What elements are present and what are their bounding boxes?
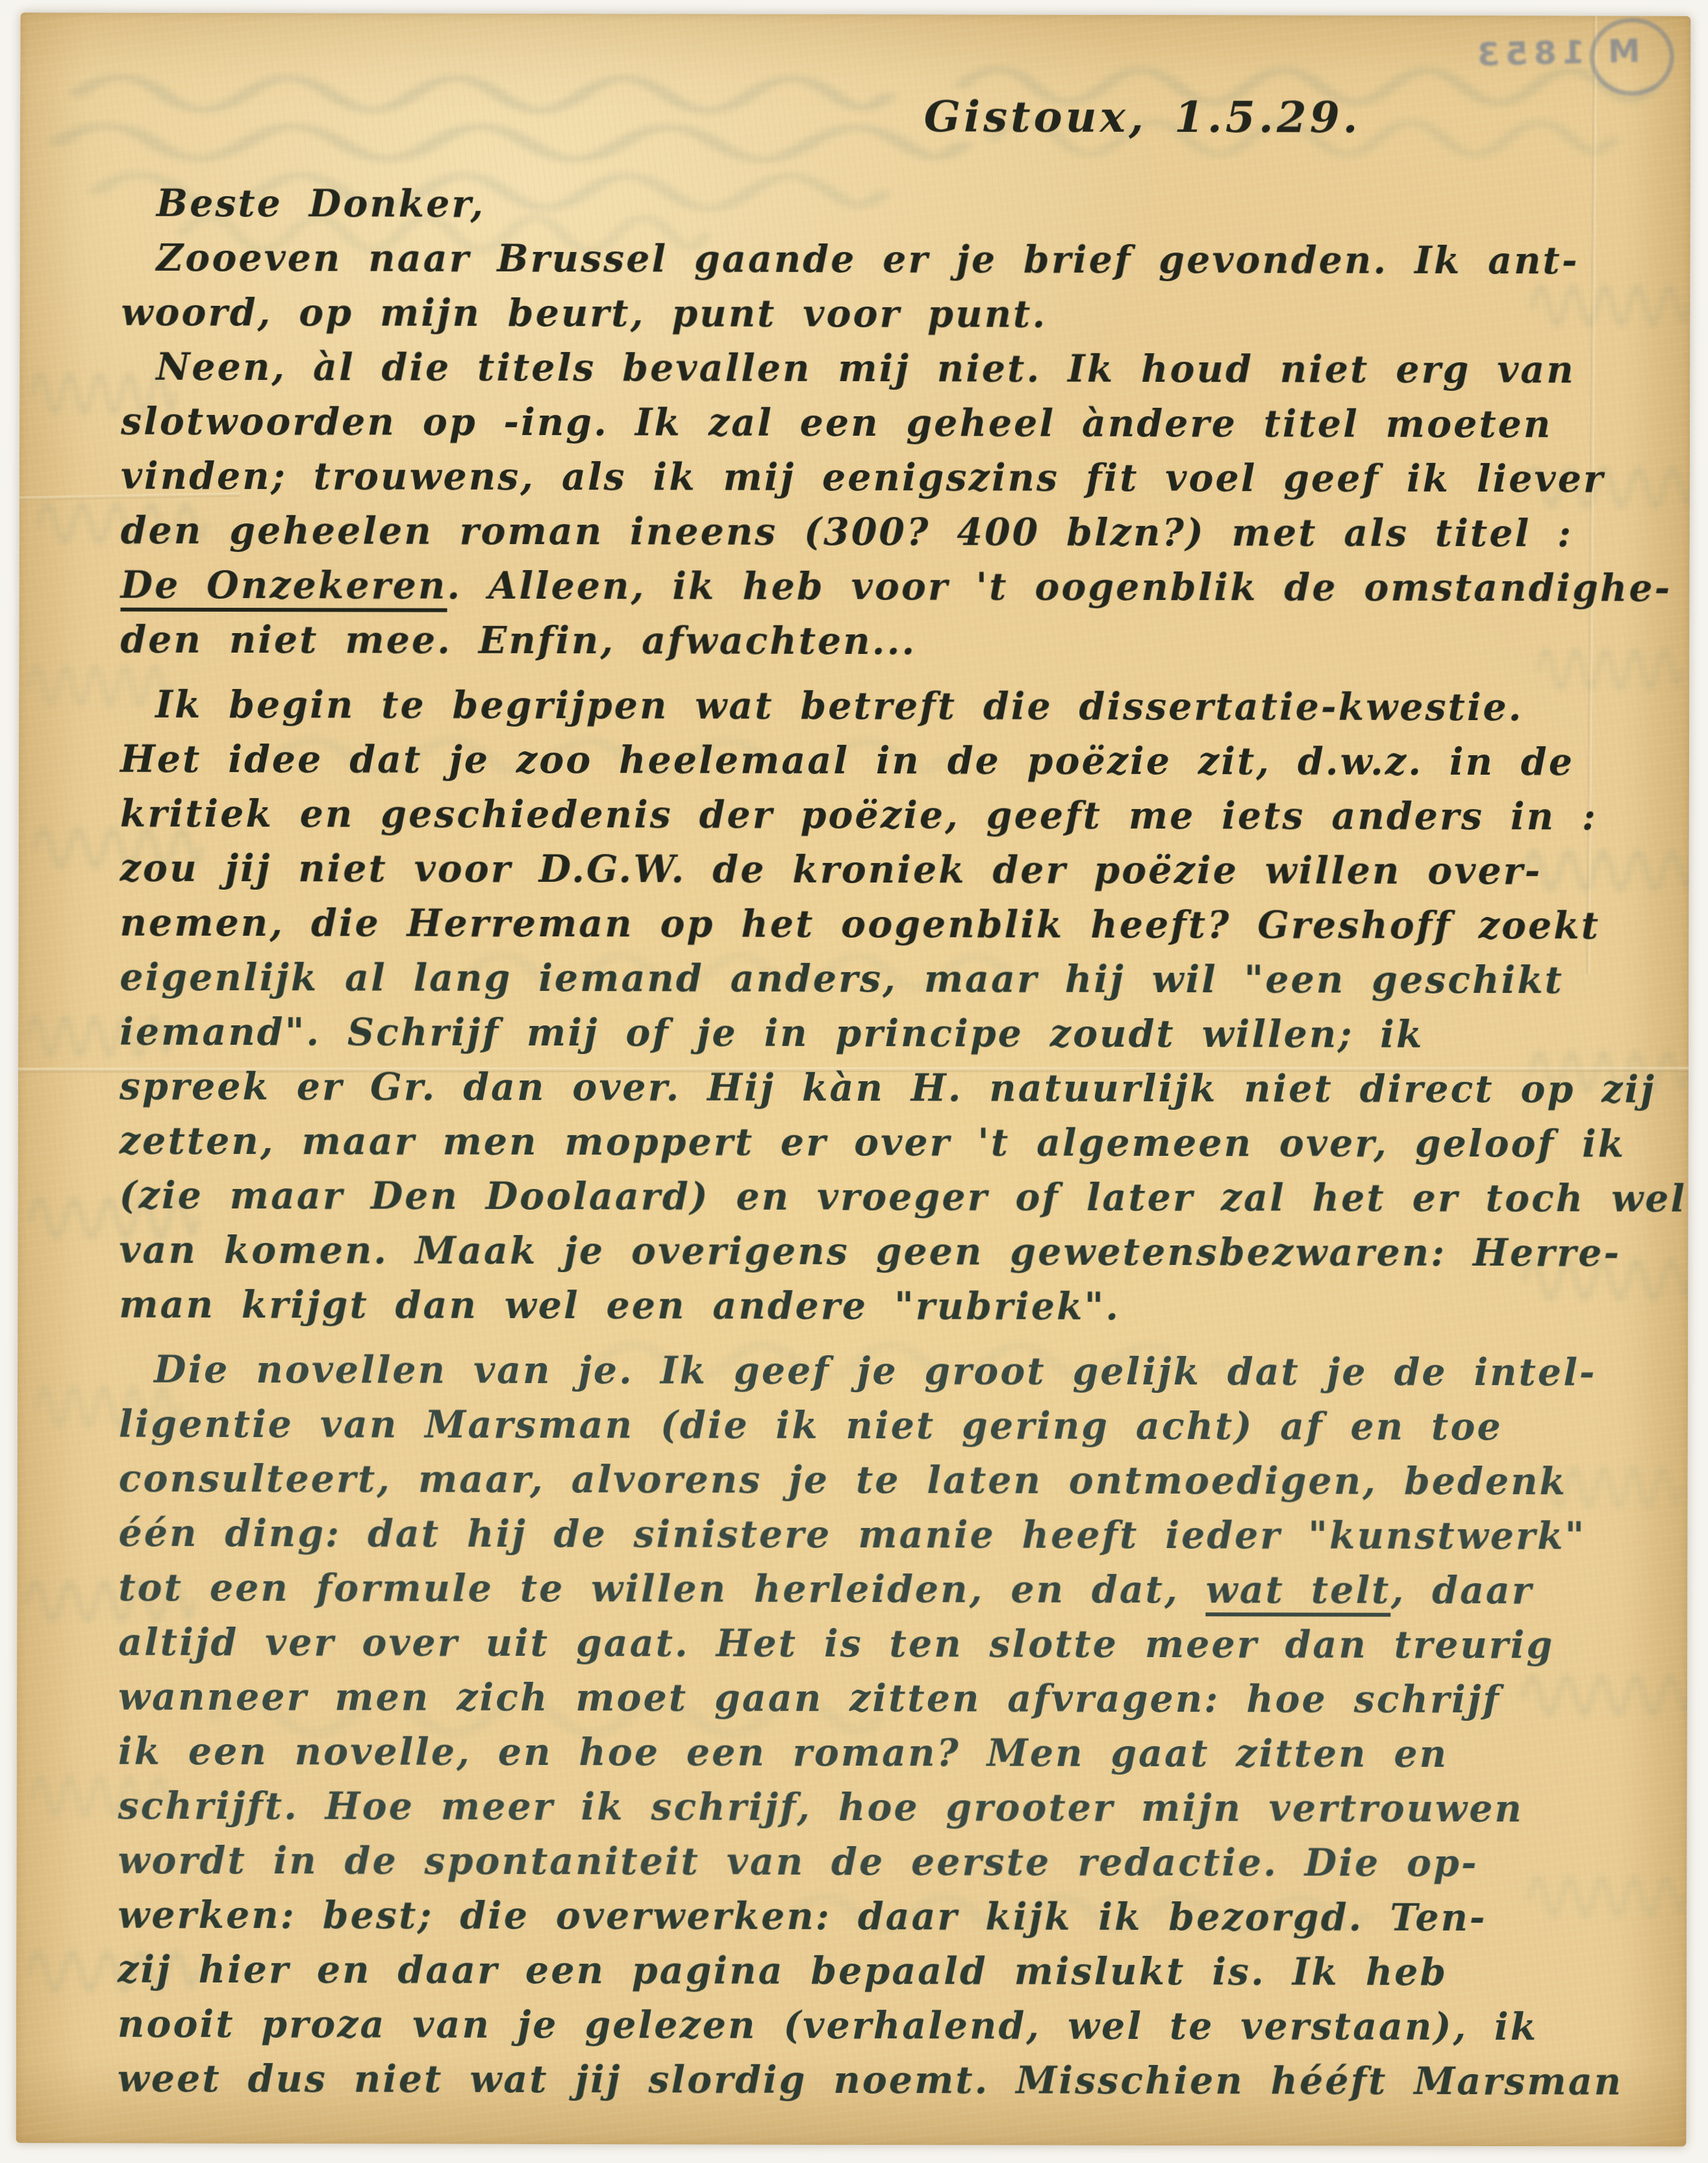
letter-line: consulteert, maar, alvorens je te laten … (119, 1452, 1662, 1510)
line-segment: iemand". Schrijf mij of je in principe z… (119, 1010, 1424, 1056)
line-segment: vinden; trouwens, als ik mij eenigszins … (121, 455, 1605, 501)
letter-line: schrijft. Hoe meer ik schrijf, hoe groot… (118, 1779, 1661, 1837)
letter-scan: M 1853 Gistoux, 1.5.29. Beste Donker,Zoo… (0, 0, 1708, 2163)
line-segment: schrijft. Hoe meer ik schrijf, hoe groot… (118, 1784, 1524, 1831)
line-segment: den niet mee. Enfin, afwachten... (120, 618, 916, 664)
letter-line: ligentie van Marsman (die ik niet gering… (119, 1397, 1662, 1455)
line-segment: altijd ver over uit gaat. Het is ten slo… (118, 1621, 1554, 1668)
line-segment: , daar (1390, 1569, 1533, 1612)
letter-line: zij hier en daar een pagina bepaald misl… (118, 1943, 1661, 2001)
line-segment: nemen, die Herreman op het oogenblik hee… (119, 901, 1600, 948)
letter-line: wordt in de spontaniteit van de eerste r… (118, 1834, 1661, 1892)
letter-line: eigenlijk al lang iemand anders, maar hi… (119, 951, 1663, 1008)
letter-line: altijd ver over uit gaat. Het is ten slo… (118, 1616, 1661, 1673)
line-segment: van komen. Maak je overigens geen gewete… (119, 1229, 1621, 1275)
line-segment: eigenlijk al lang iemand anders, maar hi… (119, 956, 1564, 1003)
underlined-phrase: De Onzekeren (121, 564, 447, 612)
letter-line: man krijgt dan wel een andere "rubriek". (119, 1278, 1662, 1336)
line-segment: Die novellen van je. Ik geef je groot ge… (154, 1348, 1597, 1395)
line-segment: den geheelen roman ineens (300? 400 blzn… (121, 509, 1573, 556)
letter-line: den niet mee. Enfin, afwachten... (120, 613, 1663, 671)
line-segment: zou jij niet voor D.G.W. de kroniek der … (120, 847, 1542, 894)
letter-line: vinden; trouwens, als ik mij eenigszins … (121, 449, 1664, 507)
line-segment: kritiek en geschiedenis der poëzie, geef… (120, 792, 1598, 839)
line-segment: woord, op mijn beurt, punt voor punt. (121, 291, 1047, 336)
line-segment: ligentie van Marsman (die ik niet gering… (119, 1403, 1503, 1449)
line-segment: Ik begin te begrijpen wat betreft die di… (155, 683, 1524, 729)
line-segment: consulteert, maar, alvorens je te laten … (119, 1457, 1568, 1504)
letter-line: kritiek en geschiedenis der poëzie, geef… (120, 787, 1663, 845)
letter-line: iemand". Schrijf mij of je in principe z… (119, 1005, 1663, 1063)
letter-line: (zie maar Den Doolaard) en vroeger of la… (119, 1169, 1663, 1227)
letter-line: tot een formule te willen herleiden, en … (118, 1561, 1661, 1619)
line-segment: wordt in de spontaniteit van de eerste r… (118, 1839, 1478, 1885)
line-segment: (zie maar Den Doolaard) en vroeger of la… (119, 1174, 1687, 1221)
letter-line: nooit proza van je gelezen (verhalend, w… (118, 1997, 1661, 2055)
letter-content: Gistoux, 1.5.29. Beste Donker,Zooeven na… (16, 12, 1691, 2135)
underlined-phrase: wat telt (1206, 1568, 1391, 1617)
letter-body: Beste Donker,Zooeven naar Brussel gaande… (118, 177, 1664, 2110)
line-segment: Neen, àl die titels bevallen mij niet. I… (156, 345, 1576, 392)
letter-line: Neen, àl die titels bevallen mij niet. I… (121, 340, 1664, 398)
letter-line: den geheelen roman ineens (300? 400 blzn… (121, 504, 1664, 562)
line-segment: . Alleen, ik heb voor 't oogenblik de om… (447, 564, 1672, 610)
line-segment: slotwoorden op -ing. Ik zal een geheel à… (121, 400, 1552, 447)
letter-line: wanneer men zich moet gaan zitten afvrag… (118, 1670, 1661, 1728)
line-segment: zij hier en daar een pagina bepaald misl… (118, 1948, 1448, 1994)
line-segment: zetten, maar men moppert er over 't alge… (119, 1119, 1626, 1166)
letter-line: zetten, maar men moppert er over 't alge… (119, 1114, 1663, 1172)
line-segment: Zooeven naar Brussel gaande er je brief … (157, 236, 1579, 283)
line-segment: nooit proza van je gelezen (verhalend, w… (118, 2003, 1538, 2049)
letter-line: Het idee dat je zoo heelemaal in de poëz… (120, 732, 1663, 790)
line-segment: tot een formule te willen herleiden, en … (118, 1566, 1205, 1612)
line-segment: ik een novelle, en hoe een roman? Men ga… (118, 1730, 1448, 1776)
letter-line: zou jij niet voor D.G.W. de kroniek der … (120, 842, 1663, 899)
letter-line: werken: best; die overwerken: daar kijk … (118, 1888, 1661, 1946)
letter-paper: M 1853 Gistoux, 1.5.29. Beste Donker,Zoo… (16, 12, 1691, 2146)
line-segment: wanneer men zich moet gaan zitten afvrag… (118, 1675, 1501, 1721)
line-segment: werken: best; die overwerken: daar kijk … (118, 1894, 1487, 1940)
letter-line: ik een novelle, en hoe een roman? Men ga… (118, 1725, 1661, 1782)
letter-line: spreek er Gr. dan over. Hij kàn H. natuu… (119, 1060, 1663, 1118)
letter-line: Zooeven naar Brussel gaande er je brief … (121, 231, 1664, 289)
letter-line: weet dus niet wat jij slordig noemt. Mis… (118, 2052, 1661, 2110)
letter-line: één ding: dat hij de sinistere manie hee… (118, 1507, 1661, 1564)
letter-line: nemen, die Herreman op het oogenblik hee… (119, 896, 1663, 954)
letter-line: slotwoorden op -ing. Ik zal een geheel à… (121, 395, 1664, 453)
line-segment: Beste Donker, (157, 182, 485, 226)
line-segment: één ding: dat hij de sinistere manie hee… (118, 1512, 1586, 1558)
letter-line: van komen. Maak je overigens geen gewete… (119, 1223, 1662, 1281)
salutation: Beste Donker, (121, 177, 1664, 234)
letter-line: De Onzekeren. Alleen, ik heb voor 't oog… (121, 558, 1664, 616)
letter-line: Die novellen van je. Ik geef je groot ge… (119, 1343, 1662, 1401)
letter-line: Ik begin te begrijpen wat betreft die di… (120, 678, 1663, 736)
line-segment: spreek er Gr. dan over. Hij kàn H. natuu… (119, 1065, 1656, 1112)
dateline: Gistoux, 1.5.29. (924, 91, 1665, 143)
line-segment: man krijgt dan wel een andere "rubriek". (119, 1283, 1120, 1329)
line-segment: Het idee dat je zoo heelemaal in de poëz… (120, 738, 1574, 784)
letter-line: woord, op mijn beurt, punt voor punt. (121, 286, 1664, 344)
line-segment: weet dus niet wat jij slordig noemt. Mis… (118, 2057, 1623, 2104)
